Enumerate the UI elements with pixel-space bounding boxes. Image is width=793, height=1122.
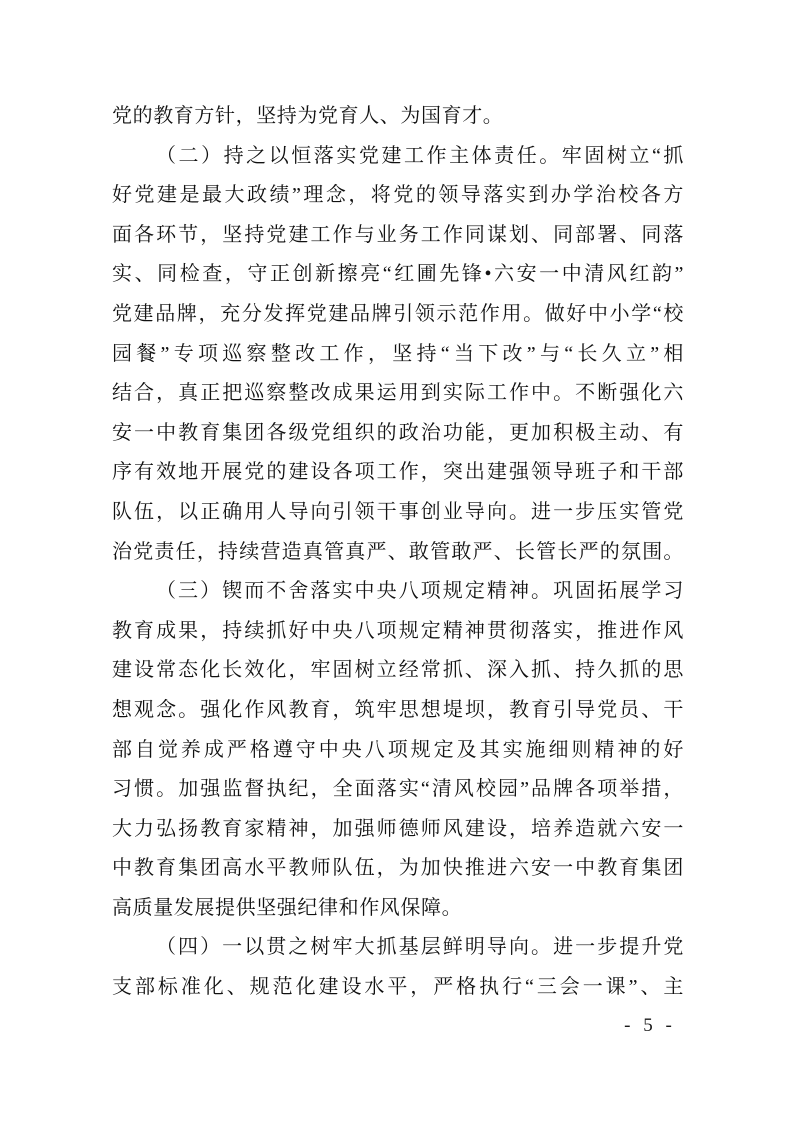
text-line: 好党建是最大政绩”理念，将党的领导落实到办学治校各方 bbox=[112, 176, 684, 216]
text-line: 习惯。加强监督执纪，全面落实“清风校园”品牌各项举措， bbox=[112, 770, 684, 810]
text-line: 想观念。强化作风教育，筑牢思想堤坝，教育引导党员、干 bbox=[112, 691, 684, 731]
text-line: （四）一以贯之树牢大抓基层鲜明导向。进一步提升党 bbox=[112, 928, 684, 968]
text-line: 党的教育方针，坚持为党育人、为国育才。 bbox=[112, 97, 684, 137]
text-line: 园餐”专项巡察整改工作，坚持“当下改”与“长久立”相 bbox=[112, 335, 684, 375]
text-line: 中教育集团高水平教师队伍，为加快推进六安一中教育集团 bbox=[112, 849, 684, 889]
text-line: 教育成果，持续抓好中央八项规定精神贯彻落实，推进作风 bbox=[112, 612, 684, 652]
text-line: 支部标准化、规范化建设水平，严格执行“三会一课”、主 bbox=[112, 968, 684, 1008]
text-line: （二）持之以恒落实党建工作主体责任。牢固树立“抓 bbox=[112, 137, 684, 177]
text-line: 治党责任，持续营造真管真严、敢管敢严、长管长严的氛围。 bbox=[112, 533, 684, 573]
text-line: 队伍，以正确用人导向引领干事创业导向。进一步压实管党 bbox=[112, 493, 684, 533]
text-line: 大力弘扬教育家精神，加强师德师风建设，培养造就六安一 bbox=[112, 810, 684, 850]
text-line: 结合，真正把巡察整改成果运用到实际工作中。不断强化六 bbox=[112, 374, 684, 414]
text-line: 序有效地开展党的建设各项工作，突出建强领导班子和干部 bbox=[112, 453, 684, 493]
text-line: 高质量发展提供坚强纪律和作风保障。 bbox=[112, 889, 684, 929]
text-line: 部自觉养成严格遵守中央八项规定及其实施细则精神的好 bbox=[112, 731, 684, 771]
document-body: 党的教育方针，坚持为党育人、为国育才。 （二）持之以恒落实党建工作主体责任。牢固… bbox=[112, 97, 684, 1008]
text-line: 建设常态化长效化，牢固树立经常抓、深入抓、持久抓的思 bbox=[112, 651, 684, 691]
text-line: （三）锲而不舍落实中央八项规定精神。巩固拓展学习 bbox=[112, 572, 684, 612]
page-number: - 5 - bbox=[560, 1013, 740, 1039]
text-line: 党建品牌，充分发挥党建品牌引领示范作用。做好中小学“校 bbox=[112, 295, 684, 335]
text-line: 安一中教育集团各级党组织的政治功能，更加积极主动、有 bbox=[112, 414, 684, 454]
text-line: 实、同检查，守正创新擦亮“红圃先锋•六安一中清风红韵” bbox=[112, 255, 684, 295]
document-page: 党的教育方针，坚持为党育人、为国育才。 （二）持之以恒落实党建工作主体责任。牢固… bbox=[0, 0, 793, 1122]
text-line: 面各环节，坚持党建工作与业务工作同谋划、同部署、同落 bbox=[112, 216, 684, 256]
